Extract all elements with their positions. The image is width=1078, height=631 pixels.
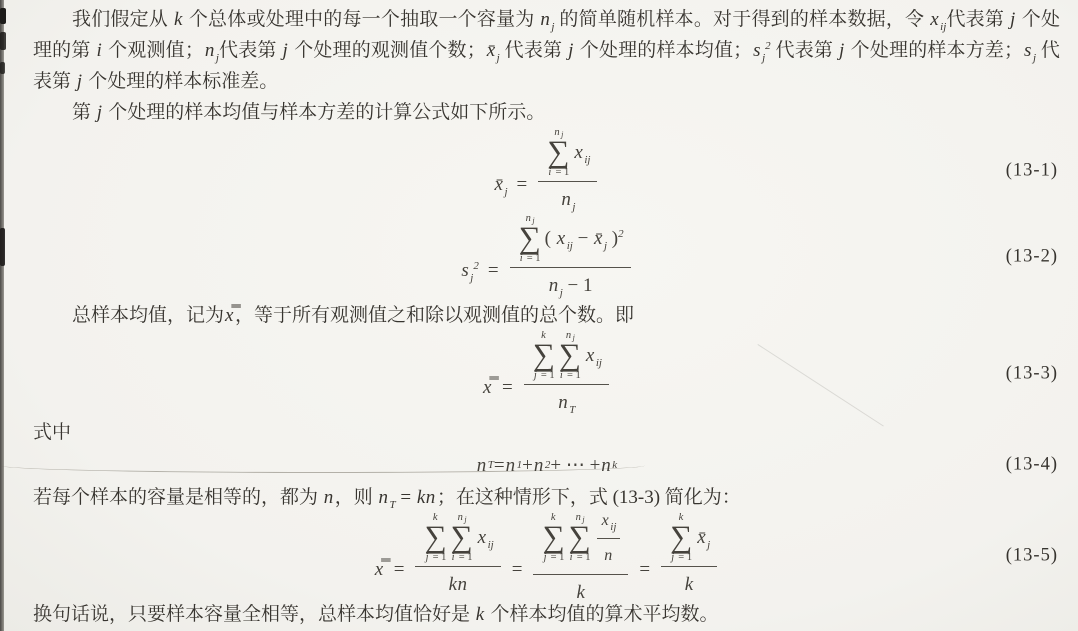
sigma-icon: ∑ [533,341,555,370]
paragraph-formula-intro: 第 j 个处理的样本均值与样本方差的计算公式如下所示。 [33,97,1060,128]
lhs-x-doublebar: x̿ [482,372,493,403]
lhs-x-doublebar: x̿ [374,554,385,585]
equals-sign: = [394,554,405,585]
gutter-ink-mark [0,62,5,74]
summation: nj ∑ i = 1 [451,512,473,564]
inner-fraction: xij n [597,505,621,571]
gutter-ink-mark [0,32,6,50]
equation-13-5: x̿ = k ∑ j = 1 nj ∑ i = 1 xij kn [33,513,1060,599]
equation-number: (13-1) [1006,156,1058,187]
equals-sign: = [517,169,528,200]
formula-total-n: nT = n1 + n2 + ⋯ + nk [476,450,617,481]
equation-number: (13-4) [1006,450,1058,481]
equation-number: (13-5) [1006,541,1058,572]
equals-sign: = [502,372,513,403]
gutter-ink-mark [0,8,6,24]
summation: nj ∑ i = 1 [547,127,569,179]
lhs-xbar-j: x̄j [494,169,508,200]
summation: k ∑ j = 1 [424,512,446,564]
textbook-page: 我们假定从 k 个总体或处理中的每一个抽取一个容量为 nj 的简单随机样本。对于… [0,0,1078,631]
label-where: 式中 [33,417,1060,448]
fraction: nj ∑ i = 1 xij nj [538,127,597,216]
equals-sign: = [488,255,499,286]
lhs-s-squared: sj2 [460,255,478,286]
formula-simplified-grand-mean: x̿ = k ∑ j = 1 nj ∑ i = 1 xij kn [374,505,719,608]
equation-13-3: x̿ = k ∑ j = 1 nj ∑ i = 1 xij nT [33,331,1060,417]
formula-grand-mean: x̿ = k ∑ j = 1 nj ∑ i = 1 xij nT [482,330,611,419]
sigma-icon: ∑ [542,523,564,552]
gutter-ink-mark [0,228,5,266]
equation-number: (13-3) [1006,359,1058,390]
summation: nj ∑ i = 1 [519,213,541,265]
summation: nj ∑ i = 1 [559,330,581,382]
summation: k ∑ j = 1 [670,512,692,564]
sigma-icon: ∑ [451,523,473,552]
summation: nj ∑ i = 1 [569,512,591,564]
fraction: k ∑ j = 1 nj ∑ i = 1 xij n k [533,505,628,608]
summation: k ∑ j = 1 [533,330,555,382]
fraction: nj ∑ i = 1 ( xij − x̄j )2 nj − 1 [510,213,631,302]
sigma-icon: ∑ [670,523,692,552]
equals-sign: = [512,554,523,585]
fraction: k ∑ j = 1 x̄j k [661,512,717,601]
sigma-icon: ∑ [547,138,569,167]
equation-number: (13-2) [1006,242,1058,273]
sigma-icon: ∑ [569,523,591,552]
sigma-icon: ∑ [424,523,446,552]
paragraph-intro: 我们假定从 k 个总体或处理中的每一个抽取一个容量为 nj 的简单随机样本。对于… [33,4,1060,97]
formula-sample-variance: sj2 = nj ∑ i = 1 ( xij − x̄j )2 nj − 1 [460,213,632,302]
sigma-icon: ∑ [559,341,581,370]
book-gutter-shadow [0,0,4,631]
equation-13-1: x̄j = nj ∑ i = 1 xij nj (13-1) [33,128,1060,214]
sigma-icon: ∑ [519,224,541,253]
formula-sample-mean: x̄j = nj ∑ i = 1 xij nj [494,127,600,216]
fraction: k ∑ j = 1 nj ∑ i = 1 xij kn [415,512,500,601]
equation-13-2: sj2 = nj ∑ i = 1 ( xij − x̄j )2 nj − 1 (… [33,214,1060,300]
equation-13-4: nT = n1 + n2 + ⋯ + nk (13-4) [33,448,1060,482]
equals-sign: = [639,554,650,585]
paragraph-grand-mean: 总样本均值，记为x̿，等于所有观测值之和除以观测值的总个数。即 [33,300,1060,331]
summation: k ∑ j = 1 [542,512,564,564]
fraction: k ∑ j = 1 nj ∑ i = 1 xij nT [524,330,609,419]
